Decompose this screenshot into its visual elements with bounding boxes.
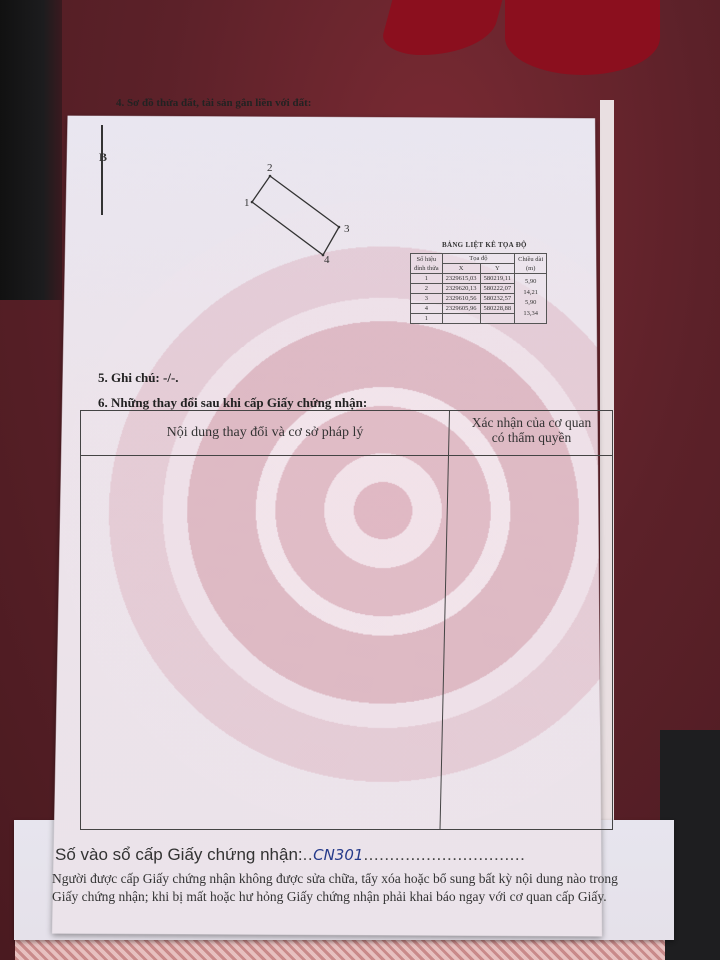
x-cell: 2329615,03 [442,274,480,284]
point-cell: 2 [411,284,443,294]
point-cell: 4 [411,304,443,314]
section-5-notes: 5. Ghi chú: -/-. [98,370,179,386]
y-cell: 580232,57 [480,294,515,304]
registration-number-line: Số vào sổ cấp Giấy chứng nhận:..CN301...… [55,845,525,865]
point-cell: 1 [411,274,443,284]
header-x: X [442,264,480,274]
coordinate-row: 12329615,03580219,115,9014,215,9013,34 [411,274,547,284]
x-cell: 2329605,96 [442,304,480,314]
header-y: Y [480,264,515,274]
length-cell: 5,9014,215,9013,34 [515,274,547,324]
parcel-diagram: 1 2 3 4 [240,155,360,265]
coordinate-table-title: BẢNG LIỆT KÊ TỌA ĐỘ [442,241,527,249]
y-cell: 580228,88 [480,304,515,314]
vertex-label-4: 4 [324,254,330,266]
legal-notice: Người được cấp Giấy chứng nhận không đượ… [52,870,632,906]
point-cell: 3 [411,294,443,304]
x-cell: 2329610,56 [442,294,480,304]
section-4-title: 4. Sơ đồ thửa đất, tài sản gắn liền với … [116,97,311,109]
changes-table: Nội dung thay đổi và cơ sở pháp lý Xác n… [80,410,613,830]
changes-col2-header: Xác nhận của cơ quan có thẩm quyền [449,415,614,445]
coordinate-table: Số hiệuđỉnh thửa Tọa độ Chiều dài(m) X Y… [410,253,547,324]
background-decoration [378,0,503,55]
registration-value: CN301 [313,846,363,864]
y-cell: 580219,11 [480,274,515,284]
background-phone-edge [0,0,62,300]
header-coords: Tọa độ [442,254,515,264]
header-point: Số hiệuđỉnh thửa [411,254,443,274]
header-divider [81,455,612,456]
section-6-title: 6. Những thay đổi sau khi cấp Giấy chứng… [98,395,367,411]
x-cell: 2329620,13 [442,284,480,294]
x-cell [442,314,480,324]
north-label: B [99,150,107,165]
registration-label: Số vào sổ cấp Giấy chứng nhận: [55,845,303,864]
y-cell: 580222,07 [480,284,515,294]
north-arrow-icon [101,125,103,215]
y-cell [480,314,515,324]
vertex-label-3: 3 [344,223,350,235]
point-cell: 1 [411,314,443,324]
column-divider [440,411,450,829]
changes-col1-header: Nội dung thay đổi và cơ sở pháp lý [81,411,449,455]
vertex-label-2: 2 [267,162,273,174]
header-length: Chiều dài(m) [515,254,547,274]
vertex-label-1: 1 [244,197,250,209]
background-decoration [505,0,660,75]
